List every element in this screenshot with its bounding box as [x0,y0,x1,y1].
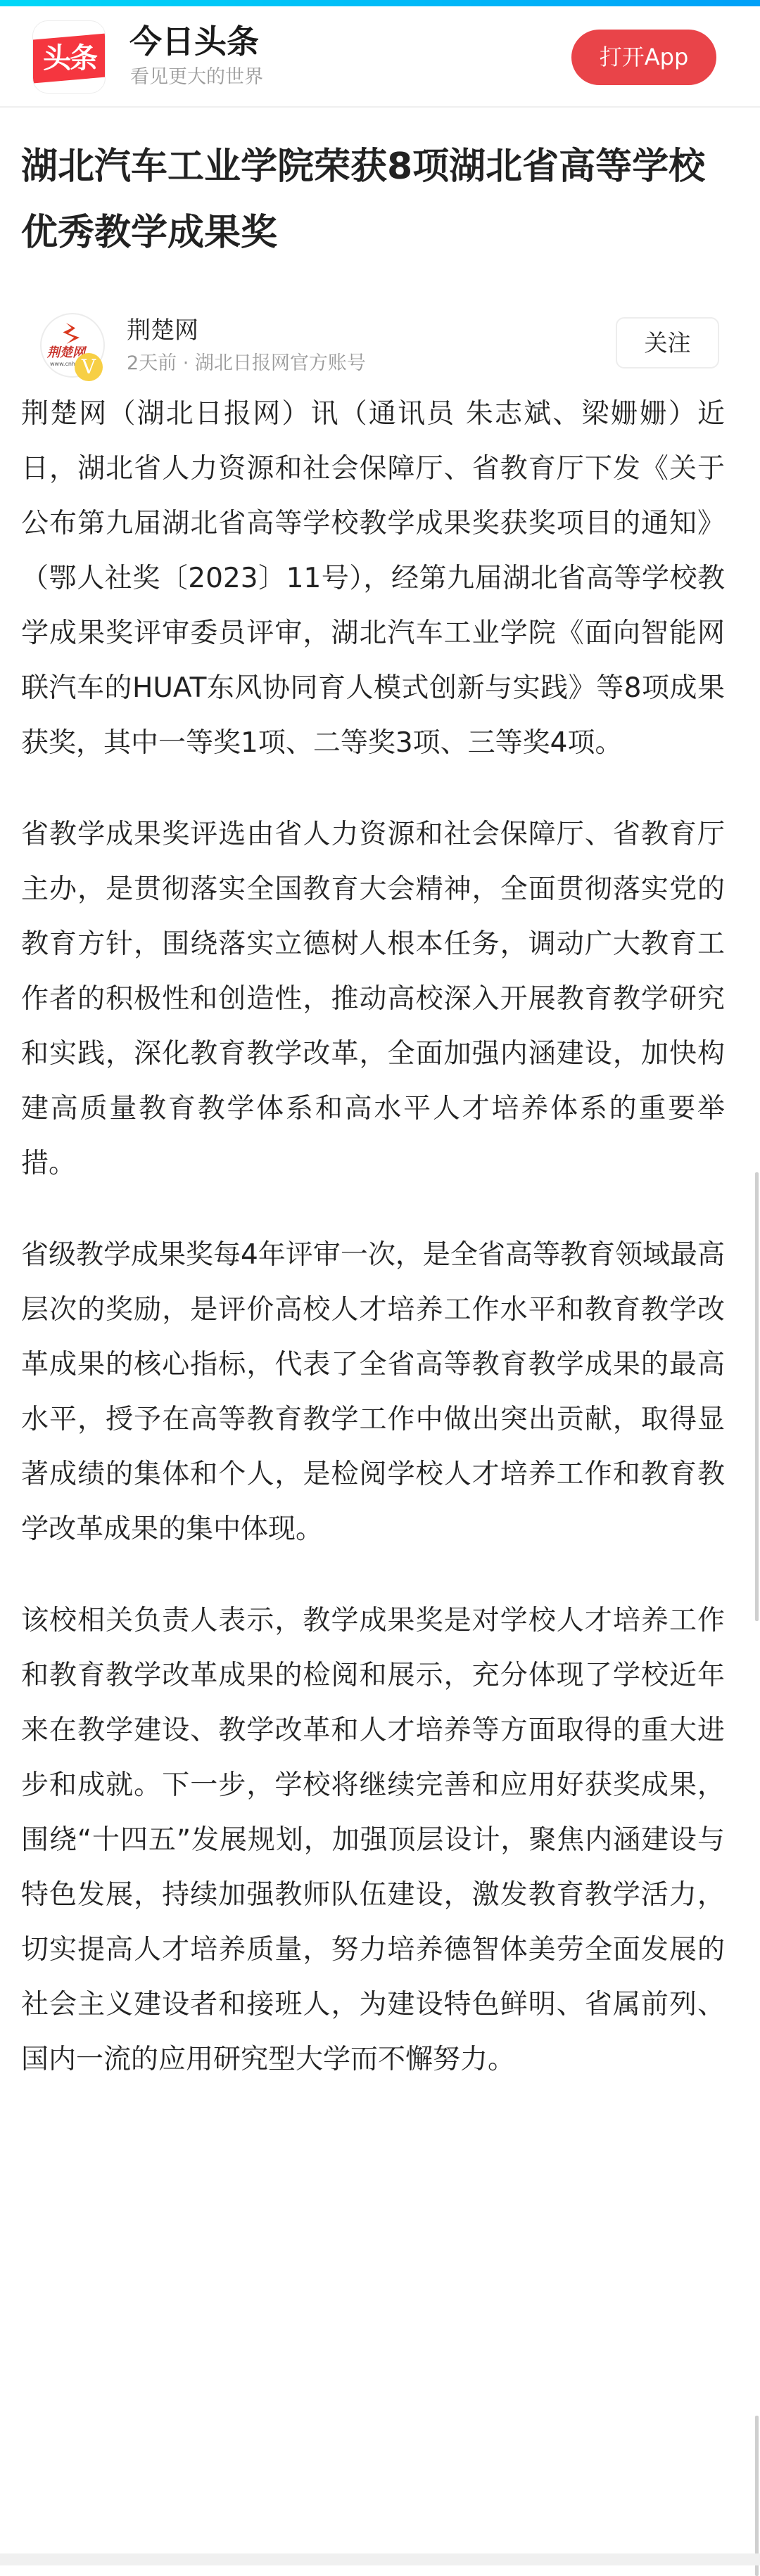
article-body: 荆楚网（湖北日报网）讯（通讯员 朱志斌、梁姗姗）近日，湖北省人力资源和社会保障厅… [21,387,725,2124]
logo-text: 头条 [33,39,106,77]
toutiao-logo-icon[interactable]: 头条 [32,20,106,94]
verified-badge-icon: V [75,353,103,381]
page-scrollbar-thumb-lower[interactable] [755,2416,759,2576]
app-header: 头条 今日头条 看见更大的世界 打开App [0,6,760,108]
jingchu-logo-icon [59,323,84,344]
article-paragraph: 省级教学成果奖每4年评审一次，是全省高等教育领域最高层次的奖励，是评价高校人才培… [21,1228,725,1557]
app-name: 今日头条 [129,22,259,61]
author-row: 荆楚网 www.cnhubei V 荆楚网 2天前 · 湖北日报网官方账号 关注 [0,309,760,380]
open-app-button[interactable]: 打开App [571,30,716,85]
footer-divider-band [0,2553,760,2565]
article-title: 湖北汽车工业学院荣获8项湖北省高等学校优秀教学成果奖 [21,134,725,266]
article-paragraph: 省教学成果奖评选由省人力资源和社会保障厅、省教育厅主办，是贯彻落实全国教育大会精… [21,807,725,1191]
page-scrollbar-thumb[interactable] [755,1172,759,1621]
article-paragraph: 荆楚网（湖北日报网）讯（通讯员 朱志斌、梁姗姗）近日，湖北省人力资源和社会保障厅… [21,387,725,771]
author-name[interactable]: 荆楚网 [127,315,198,346]
author-meta: 2天前 · 湖北日报网官方账号 [127,352,366,376]
follow-button[interactable]: 关注 [616,317,719,369]
app-tagline: 看见更大的世界 [130,65,263,89]
top-gradient-bar [0,0,760,6]
article-paragraph: 该校相关负责人表示，教学成果奖是对学校人才培养工作和教育教学改革成果的检阅和展示… [21,1594,725,2087]
